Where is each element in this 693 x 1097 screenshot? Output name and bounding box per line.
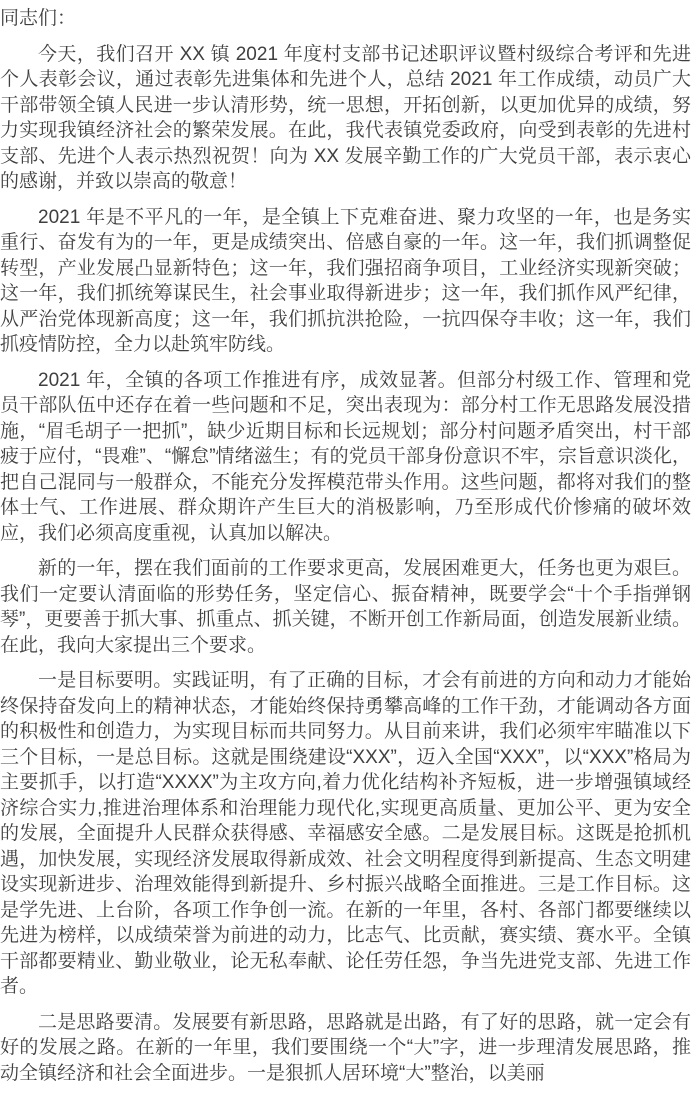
salutation-line: 同志们： (0, 6, 691, 32)
document-page: 同志们： 今天，我们召开 XX 镇 2021 年度村支部书记述职评议暨村级综合考… (0, 0, 693, 1097)
paragraph-2021-achievements: 2021 年是不平凡的一年，是全镇上下克难奋进、聚力攻坚的一年，也是务实重行、奋… (0, 205, 691, 358)
paragraph-opening-congratulations: 今天，我们召开 XX 镇 2021 年度村支部书记述职评议暨村级综合考评和先进个… (0, 42, 691, 195)
paragraph-new-year-requirements-intro: 新的一年，摆在我们面前的工作要求更高，发展困难更大，任务也更为艰巨。我们一定要认… (0, 556, 691, 658)
paragraph-requirement-two-clear-thinking: 二是思路要清。发展要有新思路，思路就是出路，有了好的思路，就一定会有好的发展之路… (0, 1010, 691, 1087)
paragraph-requirement-one-clear-goals: 一是目标要明。实践证明，有了正确的目标，才会有前进的方向和动力才能始终保持奋发向… (0, 668, 691, 1000)
paragraph-problems-shortcomings: 2021 年，全镇的各项工作推进有序，成效显著。但部分村级工作、管理和党员干部队… (0, 368, 691, 547)
